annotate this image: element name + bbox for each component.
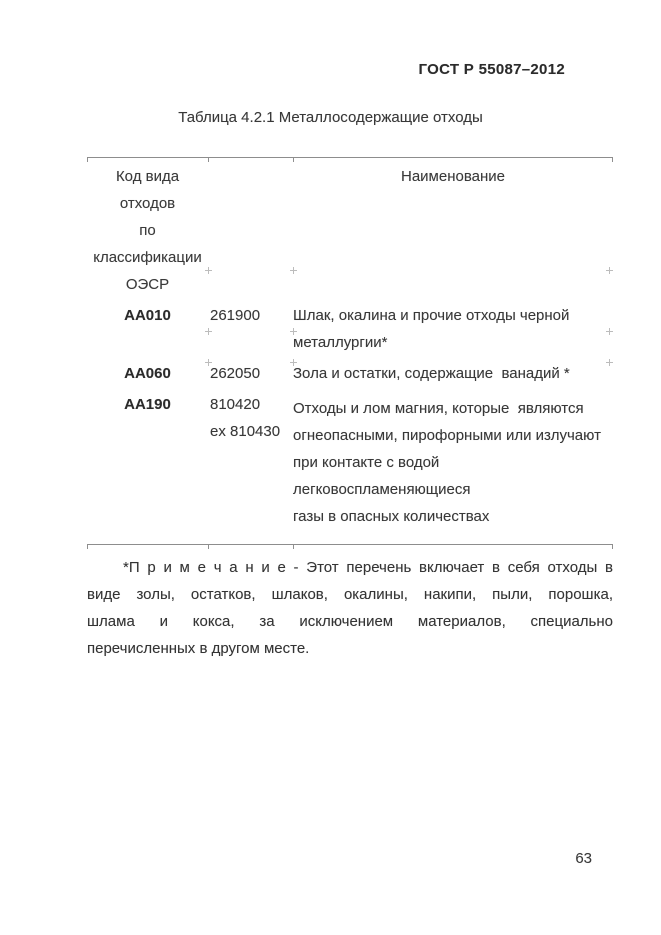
grid-tick xyxy=(87,158,88,162)
grid-tick xyxy=(87,545,88,549)
grid-tick xyxy=(293,545,294,549)
classification-code: 261900 xyxy=(208,302,293,356)
grid-cross xyxy=(205,267,212,274)
grid-cross xyxy=(290,328,297,335)
grid-cross xyxy=(290,359,297,366)
content-area: Код вида отходов по классификации ОЭСР Н… xyxy=(87,157,613,662)
grid-cross xyxy=(606,328,613,335)
waste-code: AA060 xyxy=(87,360,208,387)
footnote-line: шлама и кокса, за исключением материалов… xyxy=(87,608,613,635)
grid-cross xyxy=(290,267,297,274)
waste-code: AA010 xyxy=(87,302,208,356)
grid-tick xyxy=(293,158,294,162)
waste-name: Шлак, окалина и прочие отходы черной мет… xyxy=(293,302,613,356)
table-row: AA060 262050 Зола и остатки, содержащие … xyxy=(87,360,613,387)
waste-table: Код вида отходов по классификации ОЭСР Н… xyxy=(87,157,613,545)
table-caption: Таблица 4.2.1 Металлосодержащие отходы xyxy=(0,104,661,131)
table-row: AA010 261900 Шлак, окалина и прочие отхо… xyxy=(87,302,613,356)
waste-name: Зола и остатки, содержащие ванадий * xyxy=(293,360,613,387)
classification-code: 262050 xyxy=(208,360,293,387)
waste-name: Отходы и лом магния, которые являются ог… xyxy=(293,391,613,530)
doc-standard-number: ГОСТ Р 55087–2012 xyxy=(0,56,565,83)
page-number: 63 xyxy=(0,845,592,872)
classification-code: 810420 ex 810430 xyxy=(208,391,293,530)
column-header-name: Наименование xyxy=(293,163,613,298)
table-header-row: Код вида отходов по классификации ОЭСР Н… xyxy=(87,163,613,298)
grid-cross xyxy=(606,267,613,274)
footnote: *П р и м е ч а н и е - Этот перечень вкл… xyxy=(87,554,613,662)
waste-code: AA190 xyxy=(87,391,208,530)
grid-tick xyxy=(208,158,209,162)
footnote-line: перечисленных в другом месте. xyxy=(87,635,613,662)
document-page: ГОСТ Р 55087–2012 Таблица 4.2.1 Металлос… xyxy=(0,0,661,935)
grid-tick xyxy=(612,158,613,162)
grid-tick xyxy=(612,545,613,549)
column-header-code: Код вида отходов по классификации ОЭСР xyxy=(87,163,208,298)
footnote-line: виде золы, остатков, шлаков, окалины, на… xyxy=(87,581,613,608)
column-header-spacer xyxy=(208,163,293,298)
table-row: AA190 810420 ex 810430 Отходы и лом магн… xyxy=(87,391,613,530)
grid-cross xyxy=(606,359,613,366)
grid-cross xyxy=(205,328,212,335)
grid-tick xyxy=(208,545,209,549)
grid-cross xyxy=(205,359,212,366)
footnote-line: *П р и м е ч а н и е - Этот перечень вкл… xyxy=(87,554,613,581)
